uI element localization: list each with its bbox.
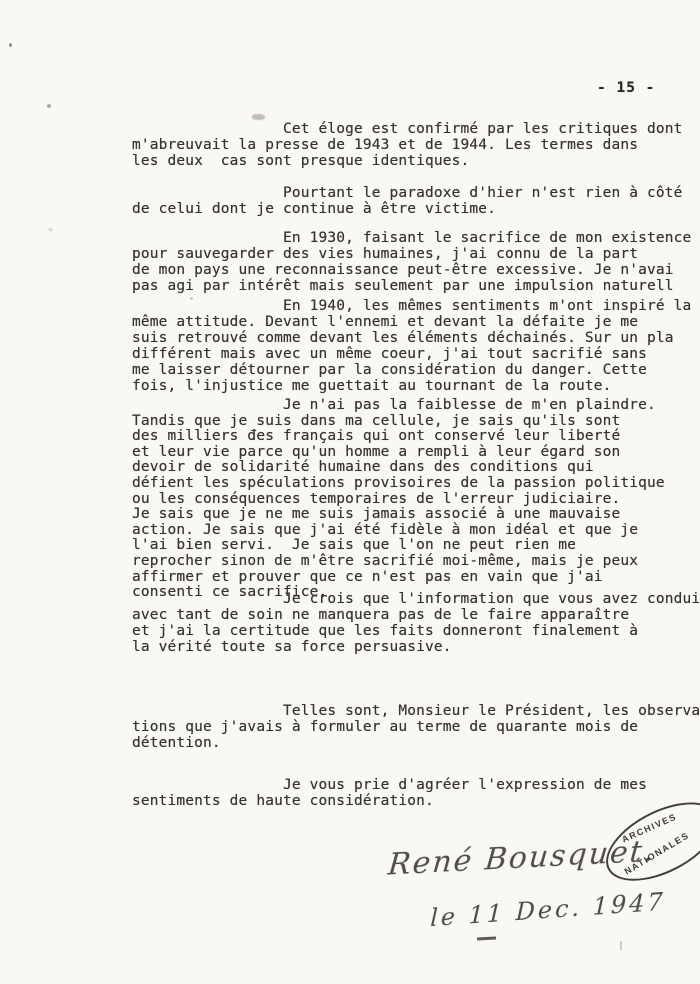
paragraph-cellule: Je n'ai pas la faiblesse de m'en plaindr… (132, 398, 665, 601)
paragraph-en-1930: En 1930, faisant le sacrifice de mon exi… (132, 230, 691, 294)
paragraph-information: Je crois que l'information que vous avez… (132, 591, 700, 655)
paragraph-salutation: Je vous prie d'agréer l'expression de me… (132, 777, 647, 809)
paragraph-eloge-critiques: Cet éloge est confirmé par les critiques… (132, 121, 683, 169)
scan-speck (47, 104, 51, 108)
scan-speck (620, 941, 622, 950)
scan-speck (190, 297, 193, 300)
scan-speck (48, 228, 53, 231)
scanned-letter-page: - 15 - Cet éloge est confirmé par les cr… (0, 0, 700, 984)
page-number: - 15 - (597, 80, 655, 96)
signature-handwritten: René Bousquet. (387, 837, 590, 883)
paragraph-en-1940: En 1940, les mêmes sentiments m'ont insp… (132, 298, 691, 395)
date-underline-stroke (477, 937, 496, 940)
paragraph-paradoxe: Pourtant le paradoxe d'hier n'est rien à… (132, 185, 683, 217)
paragraph-telles-sont: Telles sont, Monsieur le Président, les … (132, 703, 700, 751)
scan-speck (146, 318, 149, 321)
scan-speck (9, 43, 12, 47)
scan-smudge (252, 114, 265, 120)
